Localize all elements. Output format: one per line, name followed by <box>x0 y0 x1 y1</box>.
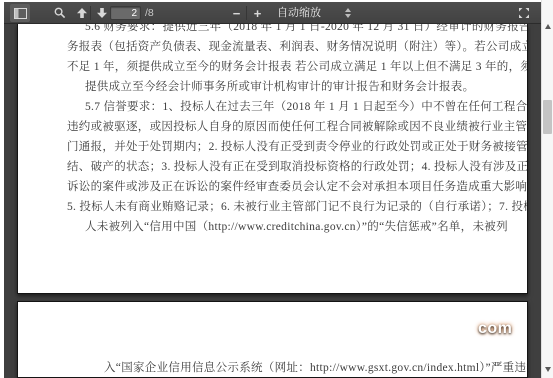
page-number-input[interactable] <box>110 6 141 20</box>
doc-text-line: 诉讼的案件或涉及正在诉讼的案件经审查委员会认定不会对承担本项目任务造成重大影响； <box>18 177 527 197</box>
doc-text-line: 提供成立至今经会计师事务所或审计机构审计的审计报告和财务会计报表。 <box>18 77 527 97</box>
toolbar-divider <box>90 6 91 20</box>
sidebar-toggle-button[interactable] <box>10 4 30 22</box>
doc-text-line: 门通报，并处于处罚期内；2. 投标人没有正受到责令停业的行政处罚或正处于财务被接… <box>18 137 527 157</box>
zoom-in-button[interactable]: + <box>249 4 266 22</box>
pdf-viewer: /8 − + 自动缩放 <box>4 2 541 378</box>
search-icon <box>54 7 66 19</box>
doc-text-line: 结、破产的状态；3. 投标人没有正在受到取消投标资格的行政处罚；4. 投标人没有… <box>18 157 527 177</box>
scrollbar-thumb[interactable] <box>543 100 552 134</box>
pdf-page-1: 5.6 财务要求：提供近三年（2018 年 1 月 1 日-2020 年 12 … <box>17 24 528 294</box>
presentation-mode-icon <box>518 7 530 19</box>
doc-text-line: 入“国家企业信用信息公示系统（网址：http://www.gsxt.gov.cn… <box>18 358 527 378</box>
arrow-down-icon <box>96 7 108 19</box>
zoom-level-select[interactable]: 自动缩放 <box>270 4 358 22</box>
pdf-toolbar: /8 − + 自动缩放 <box>4 2 541 24</box>
next-page-button[interactable] <box>93 4 111 22</box>
doc-text-line: 5.7 信誉要求：1、投标人在过去三年（2018 年 1 月 1 日起至今）中不… <box>18 97 527 117</box>
doc-text-line: 不足 1 年，须提供成立至今的财务会计报表 若公司成立满足 1 年以上但不满足 … <box>18 57 527 77</box>
presentation-mode-button[interactable] <box>515 4 533 22</box>
toolbar-divider <box>246 6 247 20</box>
scroll-up-icon <box>545 24 551 29</box>
doc-text-line: 5. 投标人未有商业贿赂记录；6. 未被行业主管部门记不良行为记录的（自行承诺）… <box>18 197 527 217</box>
doc-text-line: 务报表（包括资产负债表、现金流量表、利润表、财务情况说明（附注）等）。若公司成立 <box>18 37 527 57</box>
page1-text: 5.6 财务要求：提供近三年（2018 年 1 月 1 日-2020 年 12 … <box>18 24 527 237</box>
sidebar-toggle-icon <box>14 8 27 19</box>
page2-text: 入“国家企业信用信息公示系统（网址：http://www.gsxt.gov.cn… <box>18 358 527 378</box>
pdf-content-area[interactable]: 5.6 财务要求：提供近三年（2018 年 1 月 1 日-2020 年 12 … <box>4 24 541 378</box>
scroll-up-button[interactable] <box>542 20 553 33</box>
arrow-up-icon <box>76 7 88 19</box>
page-count-label: /8 <box>145 2 154 24</box>
pdf-page-2: 入“国家企业信用信息公示系统（网址：http://www.gsxt.gov.cn… <box>17 301 528 378</box>
scroll-down-icon <box>545 367 551 372</box>
doc-text-line: 违约或被驱逐，或因投标人自身的原因而使任何工程合同被解除或因不良业绩被行业主管部 <box>18 117 527 137</box>
doc-text-line: 人未被列入“信用中国（http://www.creditchina.gov.cn… <box>18 217 527 237</box>
browser-canvas: /8 − + 自动缩放 <box>0 0 553 378</box>
doc-text-line: 5.6 财务要求：提供近三年（2018 年 1 月 1 日-2020 年 12 … <box>18 24 527 37</box>
previous-page-button[interactable] <box>73 4 91 22</box>
zoom-select-value: 自动缩放 <box>277 7 321 19</box>
select-arrows-icon <box>345 8 352 18</box>
find-button[interactable] <box>51 4 69 22</box>
browser-scrollbar[interactable] <box>541 0 553 378</box>
zoom-out-button[interactable]: − <box>228 4 245 22</box>
scroll-down-button[interactable] <box>542 363 553 376</box>
